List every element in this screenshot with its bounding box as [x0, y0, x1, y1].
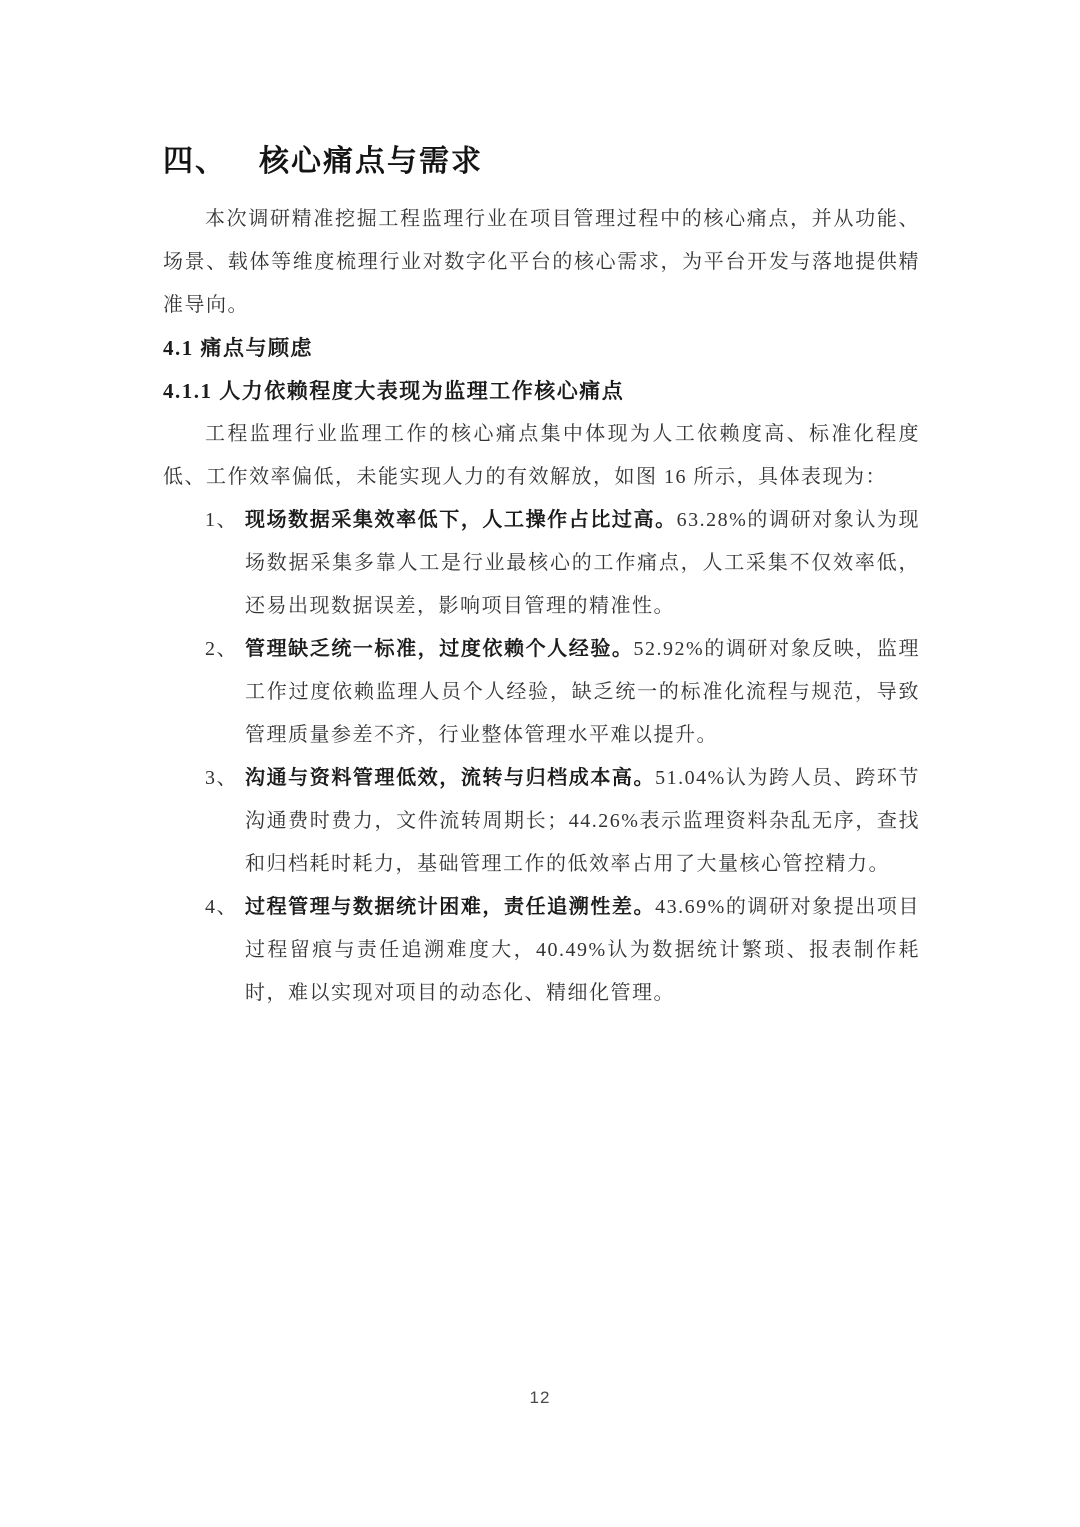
pain-point-item-3: 3、沟通与资料管理低效，流转与归档成本高。51.04%认为跨人员、跨环节沟通费时…	[163, 757, 920, 886]
document-page: 四、 核心痛点与需求 本次调研精准挖掘工程监理行业在项目管理过程中的核心痛点，并…	[0, 0, 1080, 1527]
item-number: 1、	[205, 499, 238, 542]
document-content: 四、 核心痛点与需求 本次调研精准挖掘工程监理行业在项目管理过程中的核心痛点，并…	[163, 140, 920, 1015]
pain-point-list: 1、现场数据采集效率低下，人工操作占比过高。63.28%的调研对象认为现场数据采…	[163, 499, 920, 1015]
section-heading-title: 核心痛点与需求	[259, 140, 483, 184]
body-paragraph: 工程监理行业监理工作的核心痛点集中体现为人工依赖度高、标准化程度低、工作效率偏低…	[163, 413, 920, 499]
pain-point-item-4: 4、过程管理与数据统计困难，责任追溯性差。43.69%的调研对象提出项目过程留痕…	[163, 886, 920, 1015]
pain-point-item-2: 2、管理缺乏统一标准，过度依赖个人经验。52.92%的调研对象反映，监理工作过度…	[163, 628, 920, 757]
item-bold-lead: 现场数据采集效率低下，人工操作占比过高。	[245, 509, 677, 531]
item-number: 3、	[205, 757, 238, 800]
intro-paragraph: 本次调研精准挖掘工程监理行业在项目管理过程中的核心痛点，并从功能、场景、载体等维…	[163, 198, 920, 327]
item-bold-lead: 管理缺乏统一标准，过度依赖个人经验。	[245, 638, 634, 660]
section-heading-number: 四、	[163, 140, 227, 184]
subsection-heading-4-1-1: 4.1.1 人力依赖程度大表现为监理工作核心痛点	[163, 370, 920, 413]
item-number: 2、	[205, 628, 238, 671]
pain-point-item-1: 1、现场数据采集效率低下，人工操作占比过高。63.28%的调研对象认为现场数据采…	[163, 499, 920, 628]
page-number: 12	[0, 1388, 1080, 1408]
subsection-heading-4-1: 4.1 痛点与顾虑	[163, 327, 920, 370]
item-bold-lead: 沟通与资料管理低效，流转与归档成本高。	[245, 767, 655, 789]
item-bold-lead: 过程管理与数据统计困难，责任追溯性差。	[245, 896, 655, 918]
section-heading: 四、 核心痛点与需求	[163, 140, 920, 184]
item-number: 4、	[205, 886, 238, 929]
